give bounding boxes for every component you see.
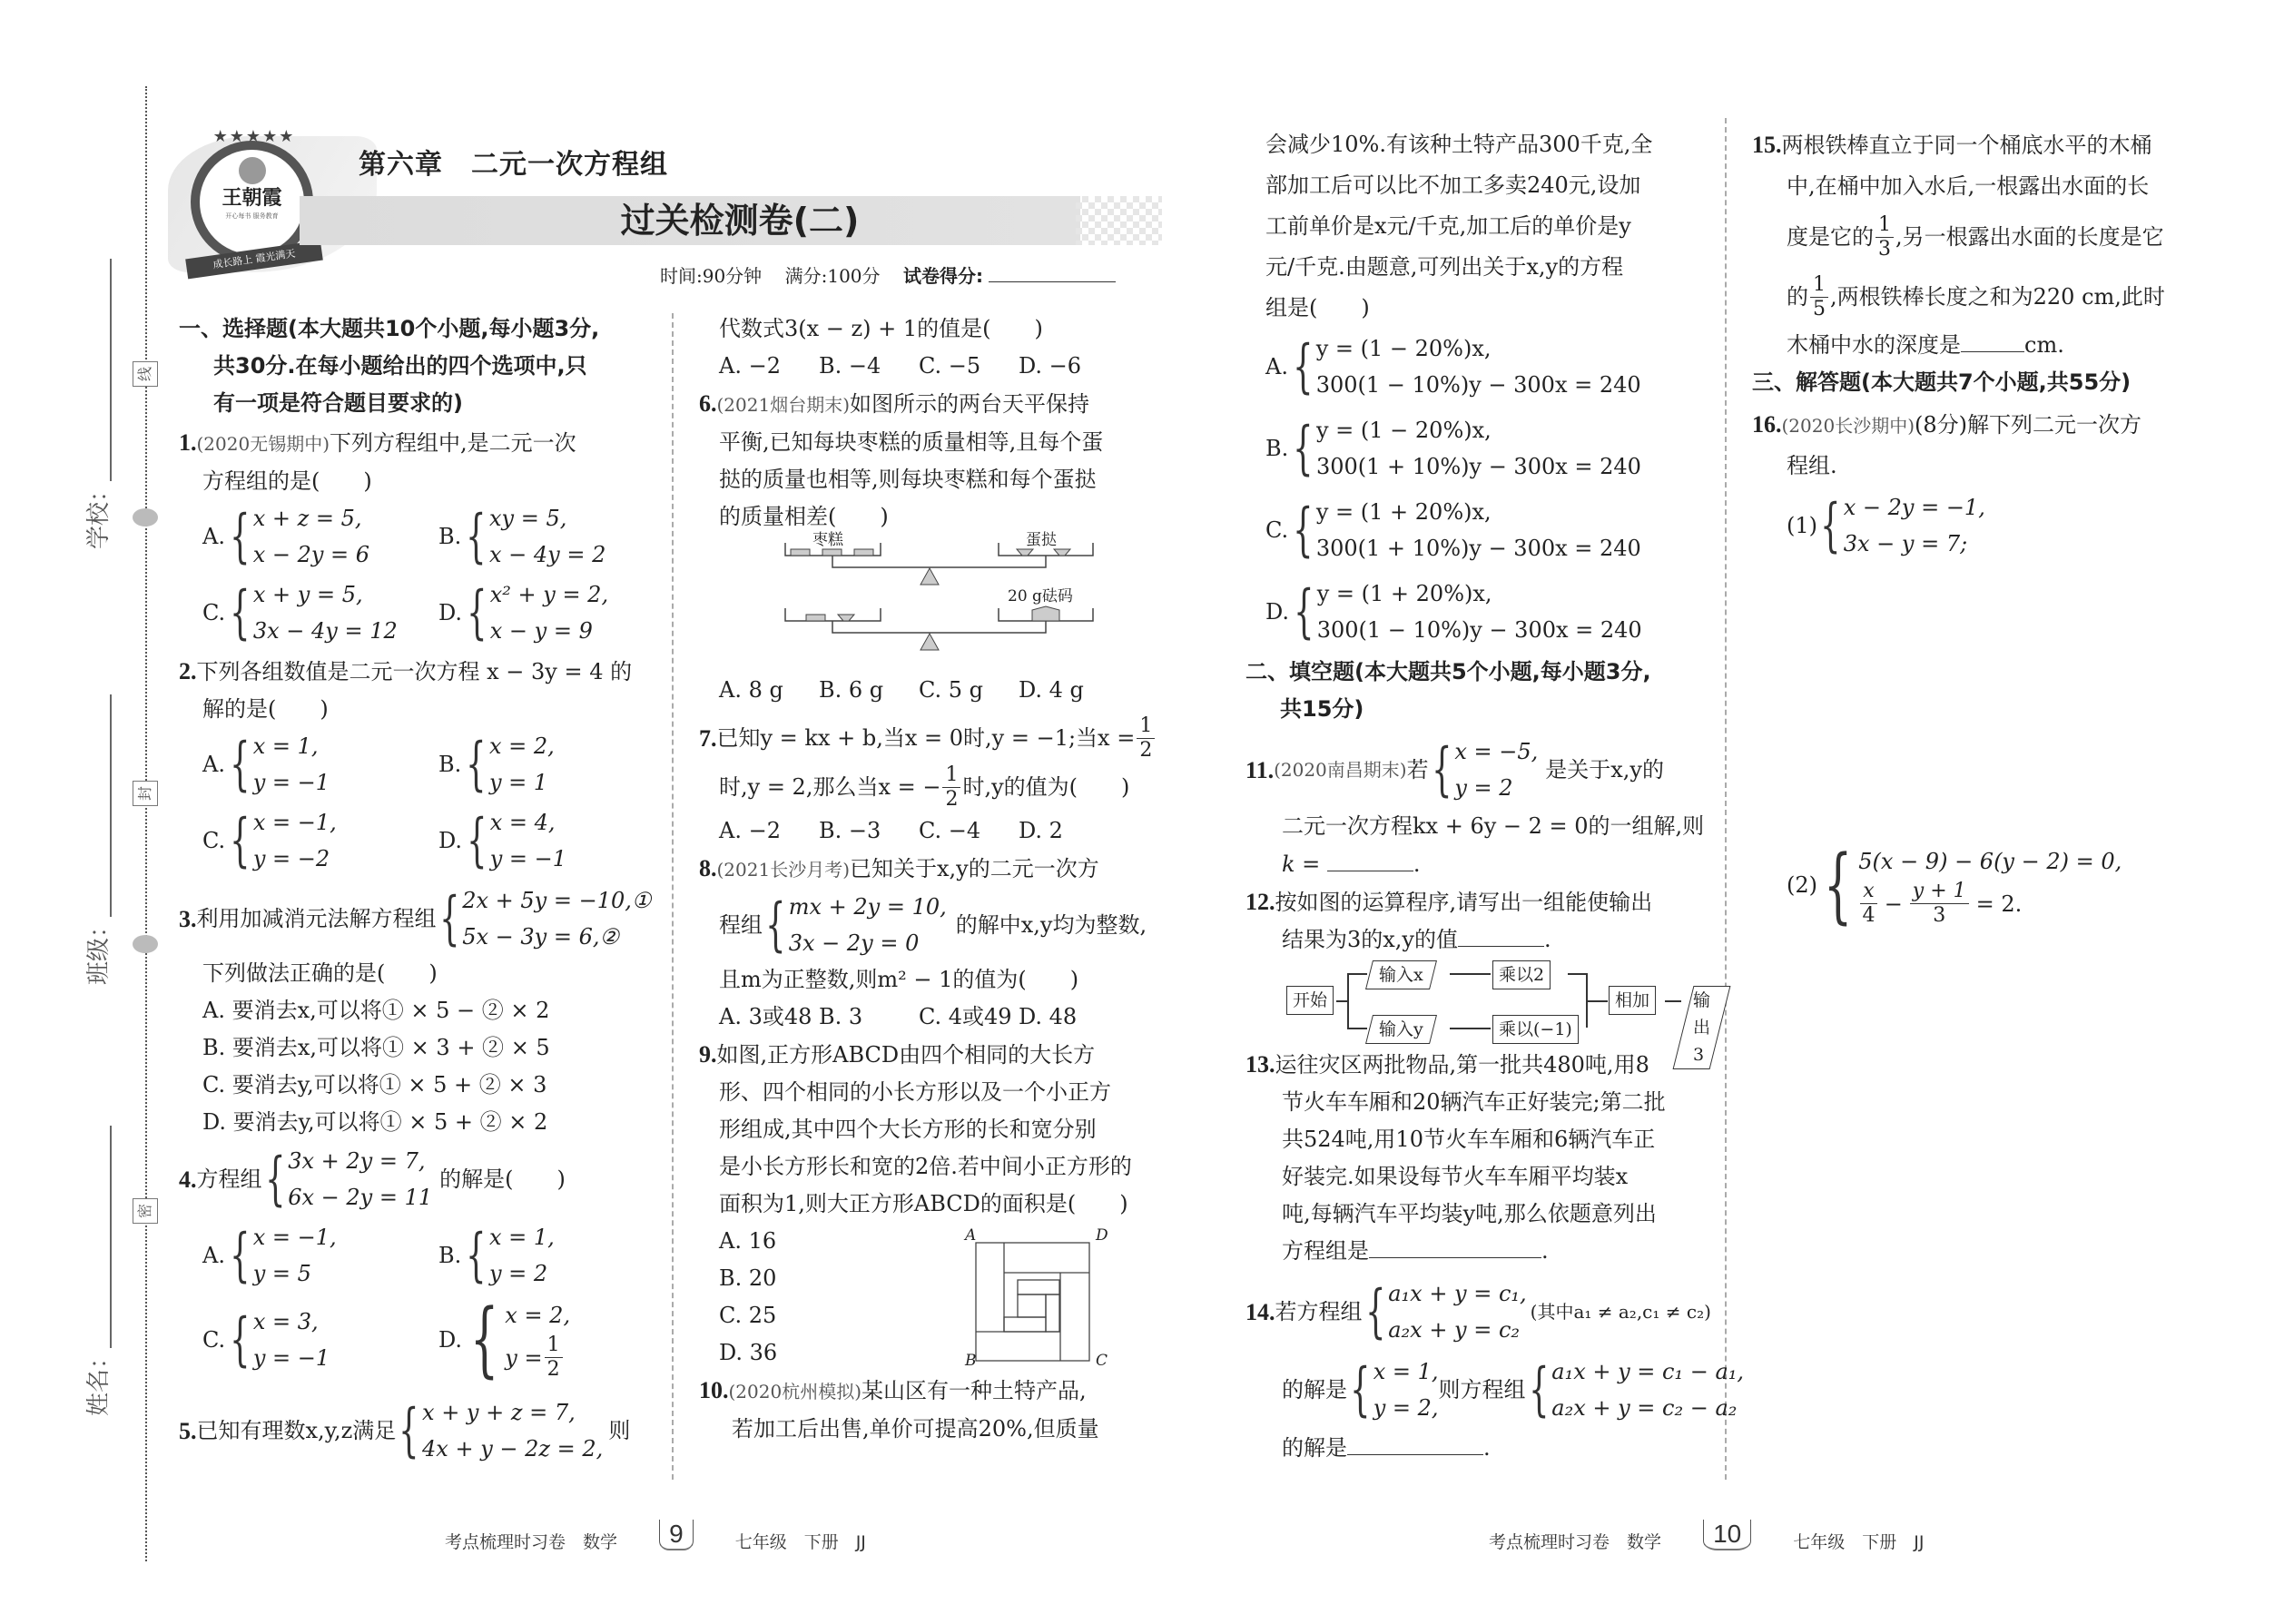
option-c[interactable]: C.{x = −1,y = −2 <box>202 804 438 877</box>
column-3: 会减少10%.有该种土特产品300千克,全 部加工后可以比不加工多卖240元,设… <box>1245 124 1718 1467</box>
option-b[interactable]: B. 要消去x,可以将① × 3 + ② × 5 <box>179 1029 669 1067</box>
option-b[interactable]: B. 3 <box>819 999 919 1036</box>
question-8: 8.(2021长沙月考)已知关于x,y的二元一次方 程组{mx + 2y = 1… <box>699 850 1171 1036</box>
score-field[interactable] <box>989 261 1116 282</box>
option-c[interactable]: C. 4或49 <box>919 999 1019 1036</box>
scissors-icon <box>133 935 158 953</box>
question-11: 11.(2020南昌期末)若{x = −5,y = 2是关于x,y的 二元一次方… <box>1245 733 1718 883</box>
balance-figure: 枣糕 蛋挞 20 g砝码 <box>699 536 1171 672</box>
question-10-continued: 会减少10%.有该种土特产品300千克,全 部加工后可以比不加工多卖240元,设… <box>1245 124 1718 648</box>
balance-scale-diagram <box>699 536 1171 672</box>
cut-mark-secret: 密 <box>133 1198 158 1224</box>
school-underline <box>110 259 112 481</box>
flowchart: 开始 输入x 输入y 乘以2 乘以(−1) 相加 输出3 <box>1245 959 1718 1040</box>
question-9: 9.如图,正方形ABCD由四个相同的大长方 形、四个相同的小长方形以及一个小正方… <box>699 1036 1171 1372</box>
school-label: 学校： <box>81 478 118 549</box>
answer-space-part1[interactable] <box>1752 562 2224 843</box>
flow-output: 输出3 <box>1673 986 1731 1069</box>
flow-start: 开始 <box>1286 986 1334 1015</box>
binding-dotted-line <box>145 86 147 1561</box>
cut-mark-line: 线 <box>133 361 158 387</box>
question-5-continued: 代数式3(x − z) + 1的值是( ) A. −2 B. −4 C. −5 … <box>699 310 1171 385</box>
question-10: 10.(2020杭州模拟)某山区有一种土特产品, 若加工后出售,单价可提高20%… <box>699 1372 1171 1448</box>
footer-left: 考点梳理时习卷 数学 9 七年级 下册 JJ <box>445 1525 866 1556</box>
date-cake-label: 枣糕 <box>812 527 843 549</box>
flow-input-y: 输入y <box>1365 1015 1437 1044</box>
question-14: 14.若方程组{a₁x + y = c₁,a₂x + y = c₂(其中a₁ ≠… <box>1245 1275 1718 1467</box>
time-limit: 时间:90分钟 <box>660 265 762 287</box>
option-b[interactable]: B.{x = 1,y = 2 <box>438 1219 674 1292</box>
question-7: 7.已知y = kx + b,当x = 0时,y = −1;当x =12 时,y… <box>699 714 1171 850</box>
answer-blank[interactable] <box>1347 1431 1483 1455</box>
class-label: 班级： <box>81 914 118 985</box>
question-15: 15.两根铁棒直立于同一个桶底水平的木桶 中,在桶中加入水后,一根露出水面的长 … <box>1752 124 2224 364</box>
question-6: 6.(2021烟台期末)如图所示的两台天平保持 平衡,已知每块枣糕的质量相等,且… <box>699 385 1171 709</box>
question-4: 4.方程组{3x + 2y = 7,6x − 2y = 11的解是( ) A.{… <box>179 1143 669 1382</box>
option-c[interactable]: C.{x + y = 5,3x − 4y = 12 <box>202 576 438 649</box>
binding-field-class[interactable]: 班级： <box>86 694 123 976</box>
option-d[interactable]: D. 4 g <box>1019 672 1118 709</box>
full-score: 满分:100分 <box>785 265 881 287</box>
option-c[interactable]: C.{y = (1 + 20%)x,300(1 + 10%)y − 300x =… <box>1265 494 1641 566</box>
flow-multiply-neg1: 乘以(−1) <box>1492 1015 1579 1044</box>
binding-field-name[interactable]: 姓名： <box>86 1126 123 1407</box>
option-a[interactable]: A. 8 g <box>719 672 819 709</box>
option-d[interactable]: D.{y = (1 + 20%)x,300(1 − 10%)y − 300x =… <box>1265 576 1642 648</box>
option-b[interactable]: B.{x = 2,y = 1 <box>438 728 674 801</box>
option-b[interactable]: B.{xy = 5,x − 4y = 2 <box>438 500 674 573</box>
cut-mark-seal: 封 <box>133 781 158 806</box>
portrait-icon <box>239 157 266 184</box>
flow-multiply-2: 乘以2 <box>1492 960 1551 989</box>
scissors-icon <box>133 508 158 527</box>
answer-blank[interactable] <box>1369 1234 1541 1258</box>
q2-options: A.{x = 1,y = −1 B.{x = 2,y = 1 C.{x = −1… <box>179 728 669 877</box>
answer-blank[interactable] <box>1961 328 2024 352</box>
column-2: 代数式3(x − z) + 1的值是( ) A. −2 B. −4 C. −5 … <box>699 310 1171 1448</box>
question-16: 16.(2020长沙期中)(8分)解下列二元一次方 程组. (1){x − 2y… <box>1752 405 2224 928</box>
section-1-header: 一、选择题(本大题共10个小题,每小题3分, 共30分.在每小题给出的四个选项中… <box>179 310 669 422</box>
exam-meta: 时间:90分钟 满分:100分 试卷得分: <box>660 261 1116 291</box>
score-label: 试卷得分: <box>903 265 983 287</box>
option-d[interactable]: D.{x = 2,y = 12 <box>438 1297 674 1382</box>
chapter-title: 第六章 二元一次方程组 <box>359 147 668 183</box>
option-d[interactable]: D. 要消去y,可以将① × 5 + ② × 2 <box>179 1104 669 1141</box>
q16-part1: (1){x − 2y = −1,3x − y = 7; <box>1752 489 2224 562</box>
option-b[interactable]: B. 20 <box>719 1260 1171 1297</box>
banner-title: 过关检测卷(二) <box>536 196 944 245</box>
option-d[interactable]: D.{x = 4,y = −1 <box>438 804 674 877</box>
answer-blank[interactable] <box>1458 922 1544 947</box>
option-b[interactable]: B.{y = (1 − 20%)x,300(1 + 10%)y − 300x =… <box>1265 412 1641 485</box>
option-a[interactable]: A. 要消去x,可以将① × 5 − ② × 2 <box>179 992 669 1029</box>
vertex-d: D <box>1096 1226 1108 1245</box>
flow-add: 相加 <box>1609 986 1656 1015</box>
logo-stars: ★★★★★ <box>204 127 304 146</box>
option-c[interactable]: C. −4 <box>919 812 1019 850</box>
column-4: 15.两根铁棒直立于同一个桶底水平的木桶 中,在桶中加入水后,一根露出水面的长 … <box>1752 124 2224 928</box>
option-c[interactable]: C. 要消去y,可以将① × 5 + ② × 3 <box>179 1067 669 1104</box>
name-underline <box>110 1126 112 1348</box>
vertex-b: B <box>965 1352 977 1370</box>
column-1: 一、选择题(本大题共10个小题,每小题3分, 共30分.在每小题给出的四个选项中… <box>179 310 669 1467</box>
banner-checker <box>1076 196 1162 245</box>
option-a[interactable]: A.{x = −1,y = 5 <box>202 1219 438 1292</box>
column-divider <box>1725 118 1727 1480</box>
q16-part2: (2){ 5(x − 9) − 6(y − 2) = 0, x4−y + 13=… <box>1752 843 2224 928</box>
q4-options: A.{x = −1,y = 5 B.{x = 1,y = 2 C.{x = 3,… <box>179 1219 669 1382</box>
option-a[interactable]: A.{x + z = 5,x − 2y = 6 <box>202 500 438 573</box>
question-12: 12.按如图的运算程序,请写出一组能使输出 结果为3的x,y的值. 开始 输入x… <box>1245 883 1718 1040</box>
class-underline <box>110 694 112 917</box>
option-d[interactable]: D.{x² + y = 2,x − y = 9 <box>438 576 674 649</box>
question-1: 1.(2020无锡期中)下列方程组中,是二元一次 方程组的是( ) A.{x +… <box>179 424 669 649</box>
question-13: 13.运往灾区两批物品,第一批共480吨,用8 节火车车厢和20辆汽车正好装完;… <box>1245 1046 1718 1270</box>
option-b[interactable]: B. −4 <box>819 348 919 385</box>
option-d[interactable]: D. 2 <box>1019 812 1118 850</box>
weight-label: 20 g砝码 <box>1008 583 1073 605</box>
option-a[interactable]: A. −2 <box>719 348 819 385</box>
option-d[interactable]: D. −6 <box>1019 348 1118 385</box>
question-5: 5.已知有理数x,y,z满足{x + y + z = 7,4x + y − 2z… <box>179 1394 669 1467</box>
page-number: 9 <box>659 1520 694 1550</box>
option-a[interactable]: A. 3或48 <box>719 999 819 1036</box>
option-c[interactable]: C. 5 g <box>919 672 1019 709</box>
option-c[interactable]: C.{x = 3,y = −1 <box>202 1297 438 1382</box>
answer-blank[interactable] <box>1327 847 1413 871</box>
question-2: 2.下列各组数值是二元一次方程 x − 3y = 4 的 解的是( ) A.{x… <box>179 653 669 877</box>
option-c[interactable]: C. −5 <box>919 348 1019 385</box>
flow-input-x: 输入x <box>1365 960 1437 989</box>
vertex-a: A <box>965 1226 976 1245</box>
option-d[interactable]: D. 48 <box>1019 999 1118 1036</box>
option-c[interactable]: C. 25 <box>719 1297 1171 1334</box>
option-a[interactable]: A.{x = 1,y = −1 <box>202 728 438 801</box>
option-a[interactable]: A.{y = (1 − 20%)x,300(1 − 10%)y − 300x =… <box>1265 330 1641 403</box>
option-a[interactable]: A. −2 <box>719 812 819 850</box>
square-abcd-diagram <box>962 1234 1098 1370</box>
egg-tart-label: 蛋挞 <box>1026 527 1057 549</box>
vertex-c: C <box>1096 1352 1108 1370</box>
page-number: 10 <box>1703 1520 1751 1550</box>
section-3-header: 三、解答题(本大题共7个小题,共55分) <box>1752 364 2224 401</box>
name-label: 姓名： <box>81 1345 118 1416</box>
option-b[interactable]: B. 6 g <box>819 672 919 709</box>
logo-name: 王朝霞 <box>200 184 304 212</box>
question-3: 3.利用加减消元法解方程组{2x + 5y = −10,①5x − 3y = 6… <box>179 882 669 1141</box>
option-b[interactable]: B. −3 <box>819 812 919 850</box>
q1-options: A.{x + z = 5,x − 2y = 6 B.{xy = 5,x − 4y… <box>179 500 669 649</box>
binding-field-school[interactable]: 学校： <box>86 259 123 540</box>
footer-right: 考点梳理时习卷 数学 10 七年级 下册 JJ <box>1489 1525 1924 1556</box>
section-2-header: 二、填空题(本大题共5个小题,每小题3分, 共15分) <box>1245 654 1718 728</box>
logo-slogan: 开心每书 服务教育 <box>200 212 304 221</box>
